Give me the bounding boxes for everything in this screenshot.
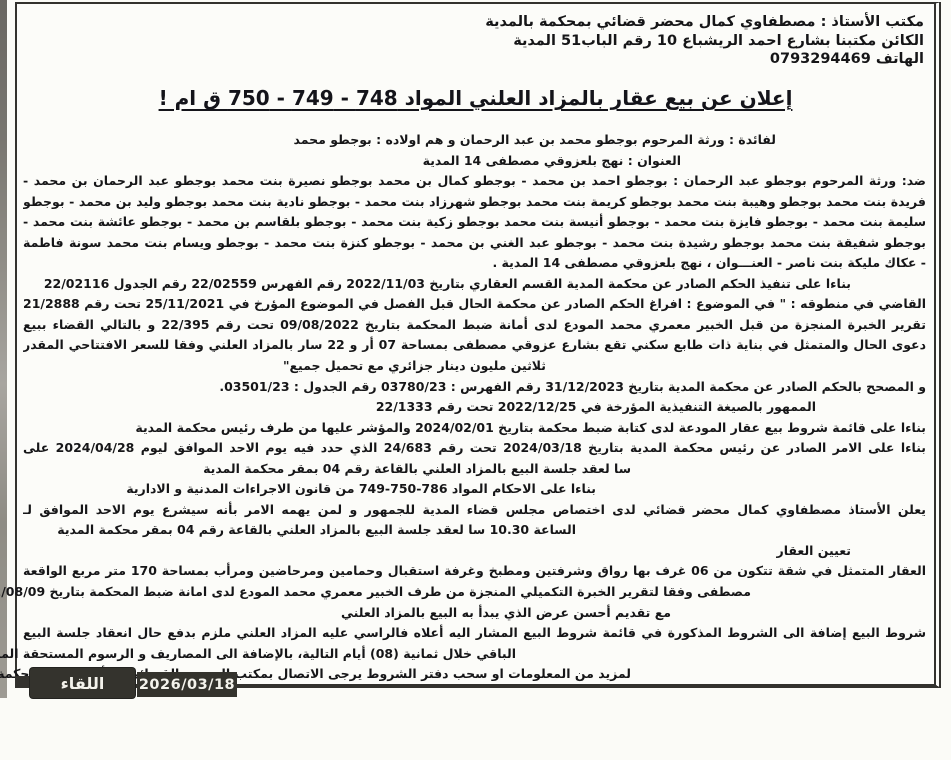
publication-date-stamp: 2026/03/18 (137, 672, 237, 697)
section-heading-property-designation: تعيين العقار (23, 541, 851, 562)
body-line: يعلن الأستاذ مصطفاوي كمال محضر قضائي لدى… (23, 500, 926, 521)
body-line: - عكاك مليكة بنت ناصر - العنـــوان ، نهج… (23, 253, 926, 274)
page-title: إعلان عن بيع عقار بالمزاد العلني المواد … (17, 86, 934, 110)
body-line: سليمة بنت محمد - بوجطو فايزة بنت محمد - … (23, 212, 926, 233)
body-line: ثلاثين مليون دينار جزائري مع تحميل جميع" (23, 356, 546, 377)
body-line: مصطفى وفقا لتقرير الخبرة التكميلي المنجز… (23, 582, 751, 603)
document-frame: مكتب الأستاذ : مصطفاوي كمال محضر قضائي ب… (15, 2, 941, 688)
body-line: شروط البيع إضافة الى الشروط المذكورة في … (23, 623, 926, 644)
office-header-line1: مكتب الأستاذ : مصطفاوي كمال محضر قضائي ب… (485, 13, 924, 32)
body-line: بناءا على الامر الصادر عن رئيس محكمة الم… (23, 438, 926, 459)
body-line: دعوى الحال والمتمثل في بناية ذات طابع سك… (23, 335, 926, 356)
body-line: الممهور بالصيغة التنفيذية المؤرخة في 202… (23, 397, 816, 418)
body-line: ضد: ورثة المرحوم بوجطو عبد الرحمان : بوج… (23, 171, 926, 192)
blank-scan-margin (0, 698, 951, 760)
office-header-line2: الكائن مكتبنا بشارع احمد الريشباع 10 رقم… (485, 32, 924, 51)
body-line: بناءا على تنفيذ الحكم الصادر عن محكمة ال… (23, 274, 851, 295)
body-line: العقار المتمثل في شقة تتكون من 06 غرف به… (23, 561, 926, 582)
meeting-label-stamp: اللقاء (30, 668, 135, 698)
office-header: مكتب الأستاذ : مصطفاوي كمال محضر قضائي ب… (485, 13, 924, 69)
office-header-phone: الهاتف 0793294469 (485, 50, 924, 69)
document-body: لفائدة : ورثة المرحوم بوجطو محمد بن عبد … (23, 130, 926, 685)
body-line: العنوان : نهج بلعزوقي مصطفى 14 المدية (23, 151, 681, 172)
body-line: الباقي خلال ثمانية (08) أيام التالية، با… (23, 644, 516, 665)
body-line: بناءا على قائمة شروط بيع عقار المودعة لد… (23, 418, 926, 439)
body-line: لفائدة : ورثة المرحوم بوجطو محمد بن عبد … (23, 130, 776, 151)
body-line: مع تقديم أحسن عرض الذي يبدأ به البيع بال… (23, 603, 671, 624)
body-line: بناءا على الاحكام المواد 786-750-749 من … (23, 479, 596, 500)
body-line: و المصحح بالحكم الصادر عن محكمة المدية ب… (23, 377, 926, 398)
scanned-legal-notice-page: { "document": { "office_header": { "line… (0, 0, 951, 760)
body-line: القاضي في منطوقه : " في الموضوع : افراغ … (23, 294, 926, 315)
body-line: فريدة بنت محمد بوجطو وهيبة بنت محمد بوجط… (23, 192, 926, 213)
body-line: سا لعقد جلسة البيع بالمزاد العلني بالقاع… (23, 459, 631, 480)
body-line: الساعة 10.30 سا لعقد جلسة البيع بالمزاد … (23, 520, 576, 541)
body-line: بوجطو شفيقة بنت محمد بوجطو رشيدة بنت محم… (23, 233, 926, 254)
body-line: تقرير الخبرة المنجزة من قبل الخبير معمري… (23, 315, 926, 336)
